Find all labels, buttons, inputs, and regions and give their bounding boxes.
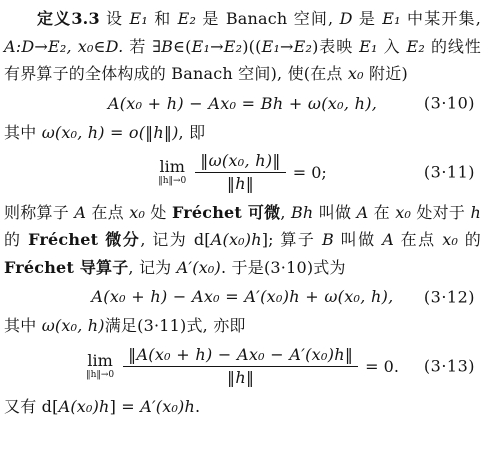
text-segment: A (357, 203, 369, 222)
equation-3-10-number: (3·10) (424, 89, 475, 118)
text-segment: )表映 (312, 37, 359, 56)
equation-3-12-body: A(x₀ + h) − Ax₀ = A′(x₀)h + ω(x₀, h), (91, 287, 393, 306)
limit-word: lim (160, 159, 185, 175)
equation-3-11-body: lim ‖h‖→0 ‖ω(x₀, h)‖ ‖h‖ = 0; (158, 152, 327, 194)
text-segment: A(x₀)h (59, 397, 110, 416)
equation-3-11-number: (3·11) (424, 163, 475, 182)
equation-3-11-rhs: = 0; (293, 163, 327, 182)
text-segment: h (470, 203, 481, 222)
text-segment: E₁ (129, 9, 148, 28)
equation-3-11: lim ‖h‖→0 ‖ω(x₀, h)‖ ‖h‖ = 0; (3·11) (4, 147, 481, 198)
text-segment: 其中 (4, 316, 42, 335)
text-segment: , 即 (179, 123, 206, 142)
text-segment: ] = (110, 397, 141, 416)
text-segment: 处 (145, 203, 172, 222)
text-segment: A′(x₀) (177, 258, 221, 277)
paragraph-satisfies-311: 其中 ω(x₀, h)满足(3·11)式, 亦即 (4, 312, 481, 340)
text-segment: 和 (148, 9, 178, 28)
text-segment: E₂ (178, 9, 197, 28)
paragraph-definition-3-3: 定义3.3 设 E₁ 和 E₂ 是 Banach 空间, D 是 E₁ 中某开集… (4, 5, 481, 88)
text-segment: 处对于 (411, 203, 470, 222)
paragraph-omega-condition: 其中 ω(x₀, h) = o(‖h‖), 即 (4, 119, 481, 147)
text-segment: x₀ (442, 230, 458, 249)
text-segment: 满足(3·11)式, 亦即 (105, 316, 246, 335)
text-segment: E₁ (359, 37, 378, 56)
text-segment: Fréchet 微分 (28, 230, 140, 249)
equation-3-13: lim ‖h‖→0 ‖A(x₀ + h) − Ax₀ − A′(x₀)h‖ ‖h… (4, 341, 481, 392)
text-segment: ]; 算子 (262, 230, 322, 249)
text-segment: ∈( (173, 37, 192, 56)
equation-3-13-rhs: = 0. (365, 357, 399, 376)
limit-operator: lim ‖h‖→0 (158, 159, 186, 186)
text-segment: 入 (378, 37, 407, 56)
text-segment: A′(x₀)h (140, 397, 195, 416)
text-segment: Fréchet 可微 (172, 203, 280, 222)
text-segment: E₂ (407, 37, 426, 56)
equation-3-10: A(x₀ + h) − Ax₀ = Bh + ω(x₀, h), (3·10) (4, 89, 481, 118)
text-segment: 的 (4, 230, 28, 249)
text-segment: 在点 (394, 230, 442, 249)
text-segment: 叫做 (313, 203, 356, 222)
limit-subscript: ‖h‖→0 (86, 371, 114, 380)
fraction-denominator: ‖h‖ (227, 173, 254, 193)
limit-word: lim (87, 353, 112, 369)
text-segment: E₁→E₂ (192, 37, 243, 56)
text-segment: Fréchet 导算子 (4, 258, 128, 277)
text-segment: ω(x₀, h) (42, 316, 105, 335)
paragraph-frechet-terms: 则称算子 A 在点 x₀ 处 Fréchet 可微, Bh 叫做 A 在 x₀ … (4, 199, 481, 282)
text-segment: 则称算子 (4, 203, 74, 222)
text-segment: x₀ (348, 64, 364, 83)
text-segment: . 于是(3·10)式为 (221, 258, 346, 277)
text-segment: . (195, 397, 200, 416)
text-segment: , 记为 (128, 258, 176, 277)
text-segment: 中某开集, (401, 9, 481, 28)
text-segment: 设 (100, 9, 130, 28)
text-segment: x₀ (129, 203, 145, 222)
text-segment: 是 (353, 9, 383, 28)
text-segment: B (161, 37, 173, 56)
text-segment: 定义3.3 (37, 9, 100, 28)
paragraph-differential-identity: 又有 d[A(x₀)h] = A′(x₀)h. (4, 393, 481, 421)
text-segment: E₁→E₂ (262, 37, 313, 56)
text-segment: 的 (458, 230, 481, 249)
text-segment: 是 Banach 空间, (196, 9, 339, 28)
text-segment: D (340, 9, 353, 28)
text-segment: ω(x₀, h) = o(‖h‖) (42, 123, 179, 142)
text-segment: x₀ (395, 203, 411, 222)
text-segment: 又有 d[ (4, 397, 59, 416)
text-segment: 叫做 (334, 230, 382, 249)
text-segment: Bh (291, 203, 313, 222)
equation-3-12-number: (3·12) (424, 282, 475, 311)
equation-3-13-number: (3·13) (424, 357, 475, 376)
fraction: ‖ω(x₀, h)‖ ‖h‖ (195, 152, 285, 194)
text-segment: 其中 (4, 123, 42, 142)
text-segment: , 记为 d[ (140, 230, 210, 249)
equation-3-13-body: lim ‖h‖→0 ‖A(x₀ + h) − Ax₀ − A′(x₀)h‖ ‖h… (86, 346, 399, 388)
fraction-numerator: ‖ω(x₀, h)‖ (195, 152, 285, 173)
equation-3-12: A(x₀ + h) − Ax₀ = A′(x₀)h + ω(x₀, h), (3… (4, 282, 481, 311)
text-segment: )(( (242, 37, 261, 56)
text-segment: A (74, 203, 86, 222)
text-segment: E₁ (382, 9, 401, 28)
fraction-denominator: ‖h‖ (227, 367, 254, 387)
limit-subscript: ‖h‖→0 (158, 177, 186, 186)
equation-3-10-body: A(x₀ + h) − Ax₀ = Bh + ω(x₀, h), (108, 94, 377, 113)
text-segment: 在 (368, 203, 395, 222)
fraction: ‖A(x₀ + h) − Ax₀ − A′(x₀)h‖ ‖h‖ (123, 346, 358, 388)
text-segment: , (280, 203, 291, 222)
text-segment: 若 ∃ (123, 37, 161, 56)
limit-operator: lim ‖h‖→0 (86, 353, 114, 380)
text-segment: A (382, 230, 394, 249)
text-segment: A:D→E₂, x₀∈D. (4, 37, 123, 56)
fraction-numerator: ‖A(x₀ + h) − Ax₀ − A′(x₀)h‖ (123, 346, 358, 367)
text-segment: B (322, 230, 334, 249)
textbook-page: 定义3.3 设 E₁ 和 E₂ 是 Banach 空间, D 是 E₁ 中某开集… (0, 0, 495, 450)
text-segment: 在点 (86, 203, 129, 222)
text-segment: A(x₀)h (211, 230, 262, 249)
text-segment: 附近) (364, 64, 408, 83)
